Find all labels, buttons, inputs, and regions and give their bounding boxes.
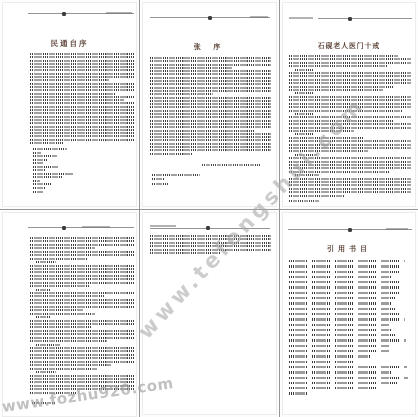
fleuron-icon [208,16,212,20]
fleuron-icon [62,12,66,16]
scanned-book-contact-sheet: 民通自序 张 序 石砚老人医门十戒 [0,0,418,417]
running-head-text-bar [289,17,313,19]
signature-date-line [202,164,260,166]
page-scan-chapter-end [142,212,277,415]
page-scan-ten-precepts: 石砚老人医门十戒 [282,2,416,207]
body-text-block [150,57,271,156]
body-text-block [30,53,134,145]
footnotes-block [152,174,200,187]
body-text-block [30,237,134,395]
body-text-block [150,235,271,255]
header-rule [318,18,412,19]
running-head-text-bar [250,16,268,18]
fleuron-icon [348,228,352,232]
signature-date-line [289,200,319,202]
bibliography-list-block [289,260,411,398]
numbered-list-block [33,148,73,194]
page-title: 引用书目 [282,244,416,254]
header-rule [28,227,134,228]
header-rule [150,228,270,229]
page-scan-preface-zhang: 张 序 [142,2,277,207]
fleuron-icon [62,226,66,230]
page-title: 张 序 [142,42,277,52]
closing-line [32,402,56,404]
row-divider [0,209,418,210]
body-text-block [289,55,411,198]
running-head-text-bar [106,12,132,14]
fleuron-icon [206,226,210,230]
page-title: 石砚老人医门十戒 [282,40,416,50]
fleuron-icon [348,17,352,21]
page-title: 民通自序 [2,38,137,49]
running-head-text-bar [386,228,408,230]
page-scan-body-continuation [2,212,137,417]
page-scan-bibliography: 引用书目 [282,212,416,415]
running-head-text-bar [82,226,110,228]
page-scan-preface-self: 民通自序 [2,2,137,207]
